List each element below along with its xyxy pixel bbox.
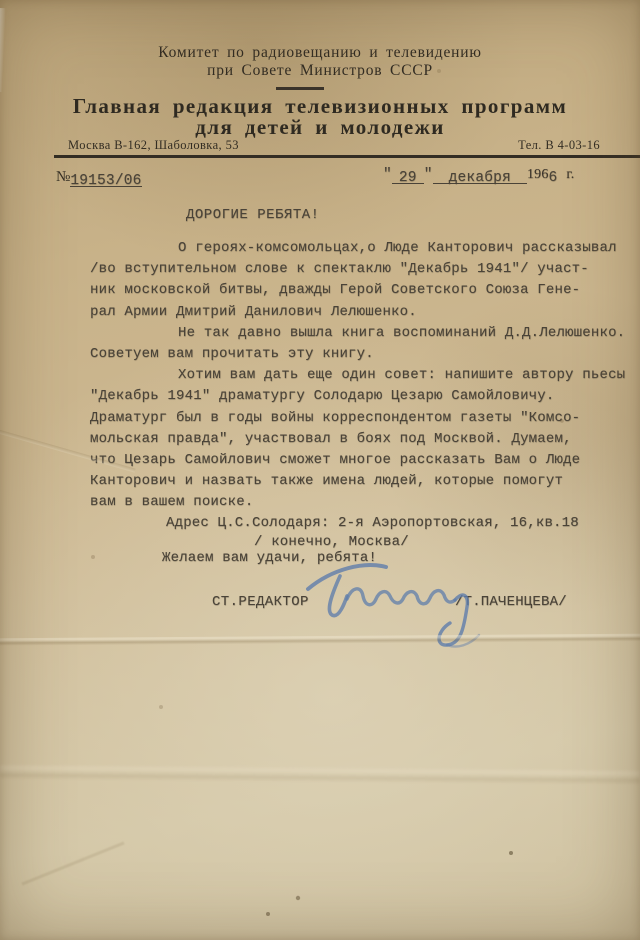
letter-line: Драматург был в годы войны корреспондент… xyxy=(90,408,590,429)
letterhead-phone: Тел. В 4-03-16 xyxy=(518,138,600,153)
salutation: ДОРОГИЕ РЕБЯТА! xyxy=(90,204,590,226)
document-number: №19153/06 xyxy=(56,169,142,187)
letter-line-city-note: / конечно, Москва/ xyxy=(90,535,590,550)
header-divider xyxy=(276,87,324,90)
date-year-suffix: г. xyxy=(566,167,574,182)
letter-line: мольская правда", участвовал в боях под … xyxy=(90,429,590,450)
org-name-line-2: при Совете Министров СССР xyxy=(0,62,640,80)
org-name-line-1: Комитет по радиовещанию и телевидению xyxy=(0,44,640,62)
number-sign: № xyxy=(56,169,70,185)
date-open-quote: " xyxy=(383,167,392,183)
document-number-value: 19153/06 xyxy=(70,173,141,189)
paper-crease xyxy=(0,765,640,785)
department-title-line-2: для детей и молодежи xyxy=(0,115,640,140)
letter-line: ник московской битвы, дважды Герой Совет… xyxy=(90,280,590,301)
letter-line: рал Армии Дмитрий Данилович Лелюшенко. xyxy=(90,302,590,323)
date-year-printed: 196 xyxy=(527,167,549,182)
date-day: 29 xyxy=(399,170,417,186)
date-month: декабря xyxy=(449,170,511,186)
date-close-quote: " xyxy=(424,167,433,183)
letter-line: вам в вашем поиске. xyxy=(90,492,590,513)
letter-line: /во вступительном слове к спектаклю "Дек… xyxy=(90,259,590,280)
letter-line: что Цезарь Самойлович сможет многое расс… xyxy=(90,450,590,471)
letter-body: ДОРОГИЕ РЕБЯТА! О героях-комсомольцах,о … xyxy=(90,204,590,566)
letterhead-address: Москва В-162, Шаболовка, 53 xyxy=(68,138,239,153)
letter-line-address: Адрес Ц.С.Солодаря: 2-я Аэропортовская, … xyxy=(90,513,590,534)
scanned-letter-page: Комитет по радиовещанию и телевидению пр… xyxy=(0,0,640,940)
letter-line: О героях-комсомольцах,о Люде Канторович … xyxy=(90,238,590,259)
paper-crease xyxy=(21,842,124,886)
letter-line: "Декабрь 1941" драматургу Солодарю Цезар… xyxy=(90,386,590,407)
letter-line: Советуем вам прочитать эту книгу. xyxy=(90,344,590,365)
letter-line: Канторович и назвать также имена людей, … xyxy=(90,471,590,492)
letterhead-rule xyxy=(54,155,640,158)
letter-line: Не так давно вышла книга воспоминаний Д.… xyxy=(90,323,590,344)
letter-line: Хотим вам дать еще один совет: напишите … xyxy=(90,365,590,386)
document-date: "29"декабря1966 г. xyxy=(383,167,574,184)
paper-specks xyxy=(0,0,2,2)
date-year-typed: 6 xyxy=(549,170,558,186)
